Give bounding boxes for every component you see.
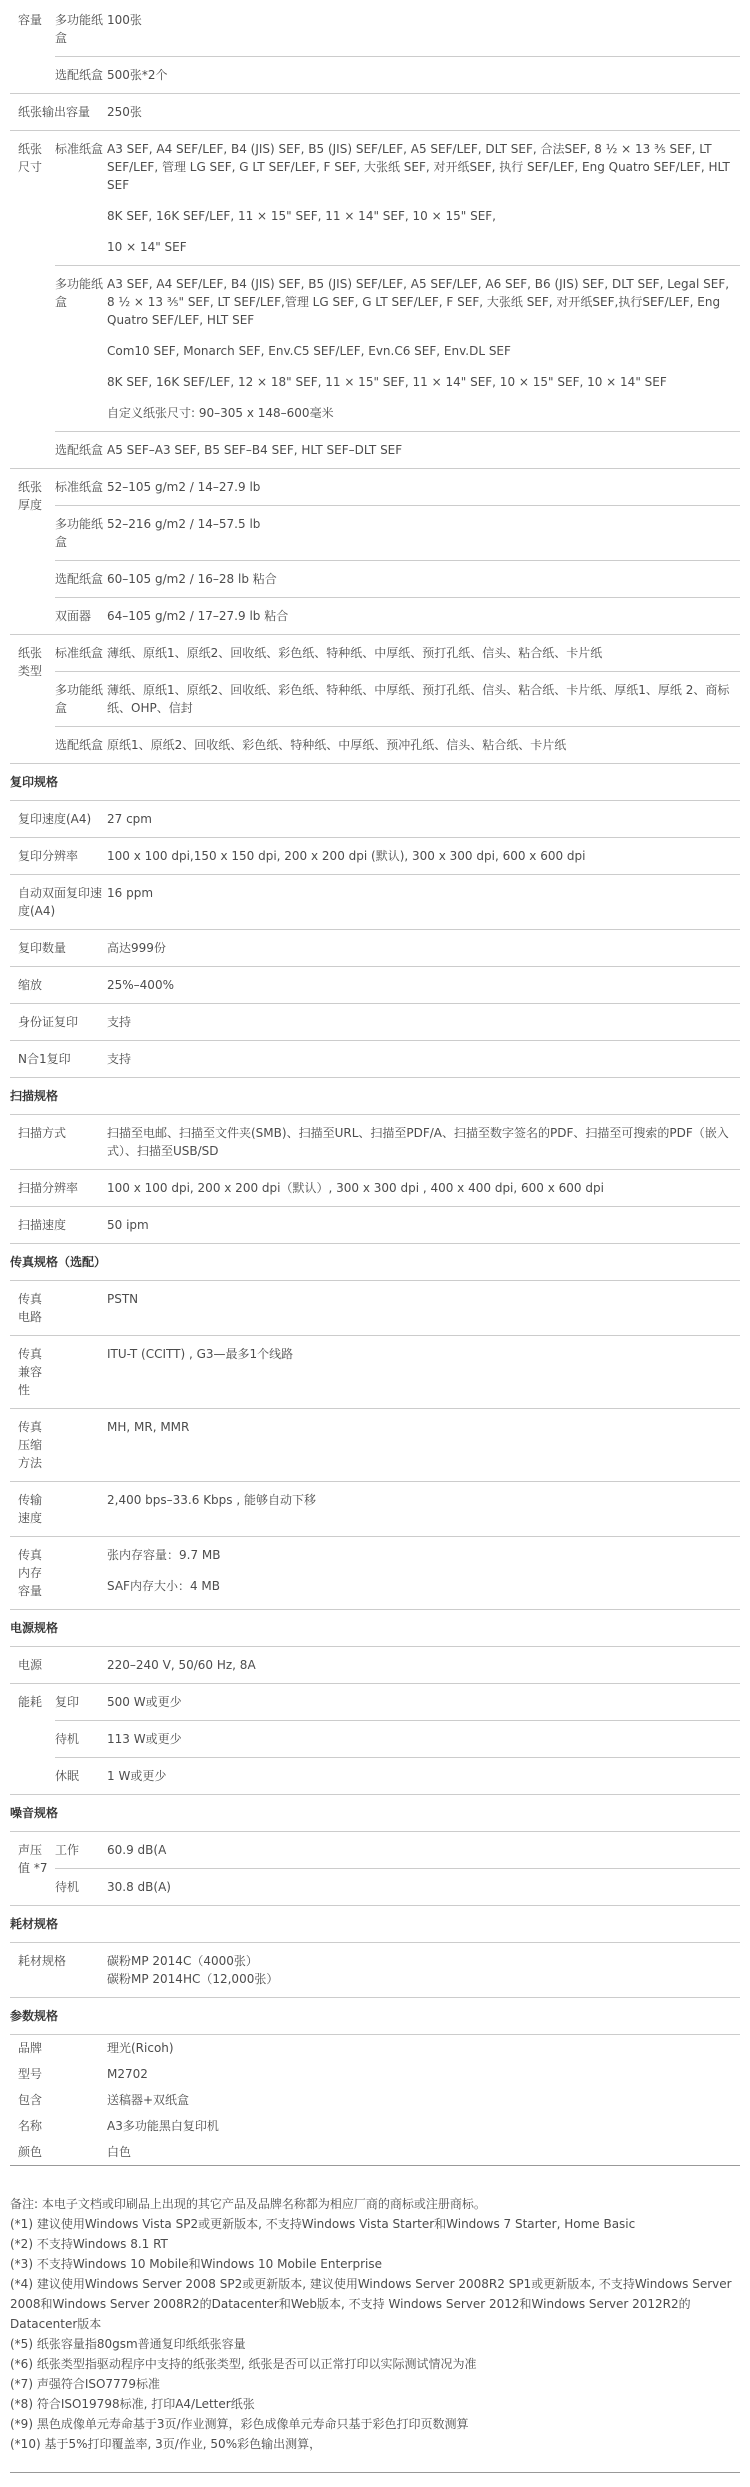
spec-subrow: 多功能纸盒52–216 g/m2 / 14–57.5 lb — [55, 506, 740, 560]
spec-subrow: 选配纸盒60–105 g/m2 / 16–28 lb 粘合 — [55, 561, 740, 597]
row-value: 52–216 g/m2 / 14–57.5 lb — [107, 515, 740, 533]
section-header: 扫描规格 — [10, 1078, 740, 1114]
group-label: 能耗 — [10, 1684, 55, 1720]
sub-label: 标准纸盒 — [55, 644, 107, 662]
value-paragraph: 原纸1、原纸2、回收纸、彩色纸、特种纸、中厚纸、预冲孔纸、信头、粘合纸、卡片纸 — [107, 736, 738, 754]
row-value: PSTN — [107, 1290, 740, 1308]
spec-row: 纸张输出容量250张 — [10, 94, 740, 130]
section-header: 参数规格 — [10, 1998, 740, 2034]
row-value: 64–105 g/m2 / 17–27.9 lb 粘合 — [107, 607, 740, 625]
group-subrows: 工作60.9 dB(A待机30.8 dB(A) — [55, 1832, 740, 1905]
row-value: 支持 — [107, 1013, 740, 1031]
bottom-divider — [10, 2472, 740, 2473]
value-paragraph: 52–105 g/m2 / 14–27.9 lb — [107, 478, 738, 496]
spec-subrow: 多功能纸盒A3 SEF, A4 SEF/LEF, B4 (JIS) SEF, B… — [55, 266, 740, 431]
spec-row: 传真兼容性ITU-T (CCITT) , G3—最多1个线路 — [10, 1336, 740, 1408]
value-paragraph: 30.8 dB(A) — [107, 1878, 738, 1896]
section-header: 噪音规格 — [10, 1795, 740, 1831]
value-paragraph: ITU-T (CCITT) , G3—最多1个线路 — [107, 1345, 738, 1363]
spec-subrow: 休眠1 W或更少 — [55, 1758, 740, 1794]
footnote-line: (*8) 符合ISO19798标准, 打印A4/Letter纸张 — [10, 2394, 740, 2414]
sub-label: 工作 — [55, 1841, 107, 1859]
row-label: 包含 — [10, 2091, 107, 2109]
row-label: 自动双面复印速度(A4) — [10, 884, 107, 920]
row-value: 52–105 g/m2 / 14–27.9 lb — [107, 478, 740, 496]
value-paragraph: SAF内存大小：4 MB — [107, 1577, 738, 1595]
row-label: 纸张输出容量 — [10, 103, 107, 121]
value-paragraph: 薄纸、原纸1、原纸2、回收纸、彩色纸、特种纸、中厚纸、预打孔纸、信头、粘合纸、卡… — [107, 681, 738, 717]
footnote-line: (*10) 基于5%打印覆盖率, 3页/作业, 50%彩色输出测算， — [10, 2434, 740, 2454]
value-paragraph: 白色 — [107, 2143, 738, 2161]
value-paragraph: 52–216 g/m2 / 14–57.5 lb — [107, 515, 738, 533]
value-paragraph: 60–105 g/m2 / 16–28 lb 粘合 — [107, 570, 738, 588]
row-label: 型号 — [10, 2065, 107, 2083]
spec-row: 包含送稿器+双纸盒 — [10, 2087, 740, 2113]
row-value: 碳粉MP 2014C（4000张）碳粉MP 2014HC（12,000张） — [107, 1952, 740, 1988]
row-label: 传输速度 — [10, 1491, 55, 1527]
row-label: 品牌 — [10, 2039, 107, 2057]
value-paragraph: 高达999份 — [107, 939, 738, 957]
spec-subrow: 多功能纸盒100张 — [55, 2, 740, 56]
spec-subrow: 待机113 W或更少 — [55, 1721, 740, 1757]
value-paragraph: A5 SEF–A3 SEF, B5 SEF–B4 SEF, HLT SEF–DL… — [107, 441, 738, 459]
row-value: 16 ppm — [107, 884, 740, 902]
sub-label: 选配纸盒 — [55, 441, 107, 459]
value-paragraph: 支持 — [107, 1013, 738, 1031]
group-label: 声压值 *7 — [10, 1832, 55, 1886]
row-value: 1 W或更少 — [107, 1767, 740, 1785]
row-label: 复印分辨率 — [10, 847, 107, 865]
row-value: 60–105 g/m2 / 16–28 lb 粘合 — [107, 570, 740, 588]
section-title: 复印规格 — [10, 773, 58, 791]
section-title: 耗材规格 — [10, 1915, 58, 1933]
value-paragraph: 100张 — [107, 11, 738, 29]
spec-row: 复印速度(A4)27 cpm — [10, 801, 740, 837]
spec-row: 名称A3多功能黑白复印机 — [10, 2113, 740, 2139]
sub-label: 标准纸盒 — [55, 140, 107, 158]
value-paragraph: 220–240 V, 50/60 Hz, 8A — [107, 1656, 738, 1674]
spec-subrow: 选配纸盒500张*2个 — [55, 57, 740, 93]
row-label: 扫描分辨率 — [10, 1179, 107, 1197]
value-paragraph: 100 x 100 dpi,150 x 150 dpi, 200 x 200 d… — [107, 847, 738, 865]
spec-row: 传真压缩方法MH, MR, MMR — [10, 1409, 740, 1481]
value-paragraph: 500张*2个 — [107, 66, 738, 84]
value-paragraph: 16 ppm — [107, 884, 738, 902]
row-value: A5 SEF–A3 SEF, B5 SEF–B4 SEF, HLT SEF–DL… — [107, 441, 740, 459]
spec-row: 复印分辨率100 x 100 dpi,150 x 150 dpi, 200 x … — [10, 838, 740, 874]
footnote-line: (*7) 声强符合ISO7779标准 — [10, 2374, 740, 2394]
value-paragraph: A3 SEF, A4 SEF/LEF, B4 (JIS) SEF, B5 (JI… — [107, 140, 738, 194]
spec-subrow: 双面器64–105 g/m2 / 17–27.9 lb 粘合 — [55, 598, 740, 634]
spec-subrow: 标准纸盒52–105 g/m2 / 14–27.9 lb — [55, 469, 740, 505]
spec-row: 型号M2702 — [10, 2061, 740, 2087]
group-subrows: 标准纸盒52–105 g/m2 / 14–27.9 lb多功能纸盒52–216 … — [55, 469, 740, 634]
sub-label: 多功能纸盒 — [55, 275, 107, 311]
spec-row: 扫描方式扫描至电邮、扫描至文件夹(SMB)、扫描至URL、扫描至PDF/A、扫描… — [10, 1115, 740, 1169]
group-label: 纸张尺寸 — [10, 131, 55, 185]
spec-row: 扫描速度50 ipm — [10, 1207, 740, 1243]
row-value: 30.8 dB(A) — [107, 1878, 740, 1896]
row-label: 复印数量 — [10, 939, 107, 957]
spec-table: 容量多功能纸盒100张选配纸盒500张*2个纸张输出容量250张纸张尺寸标准纸盒… — [10, 2, 740, 2166]
sub-label: 复印 — [55, 1693, 107, 1711]
spec-group-row: 纸张尺寸标准纸盒A3 SEF, A4 SEF/LEF, B4 (JIS) SEF… — [10, 131, 740, 468]
value-paragraph: 500 W或更少 — [107, 1693, 738, 1711]
spec-row: 复印数量高达999份 — [10, 930, 740, 966]
spec-row: 传输速度2,400 bps–33.6 Kbps , 能够自动下移 — [10, 1482, 740, 1536]
spec-group-row: 纸张厚度标准纸盒52–105 g/m2 / 14–27.9 lb多功能纸盒52–… — [10, 469, 740, 634]
group-label: 纸张厚度 — [10, 469, 55, 523]
spec-row: 颜色白色 — [10, 2139, 740, 2165]
group-label: 容量 — [10, 2, 55, 38]
row-value: 500张*2个 — [107, 66, 740, 84]
row-value: 张内存容量：9.7 MBSAF内存大小：4 MB — [107, 1546, 740, 1595]
value-paragraph: 自定义纸张尺寸: 90–305 x 148–600毫米 — [107, 404, 738, 422]
footnote-line: (*6) 纸张类型指驱动程序中支持的纸张类型, 纸张是否可以正常打印以实际测试情… — [10, 2354, 740, 2374]
row-value: 220–240 V, 50/60 Hz, 8A — [107, 1656, 740, 1674]
spec-row: 传真内存容量张内存容量：9.7 MBSAF内存大小：4 MB — [10, 1537, 740, 1609]
value-paragraph: 100 x 100 dpi, 200 x 200 dpi（默认）, 300 x … — [107, 1179, 738, 1197]
row-value: 113 W或更少 — [107, 1730, 740, 1748]
sub-label: 选配纸盒 — [55, 66, 107, 84]
section-title: 传真规格（选配） — [10, 1253, 106, 1271]
row-value: 2,400 bps–33.6 Kbps , 能够自动下移 — [107, 1491, 740, 1509]
spec-row: 品牌理光(Ricoh) — [10, 2035, 740, 2061]
spec-subrow: 复印500 W或更少 — [55, 1684, 740, 1720]
value-paragraph: 250张 — [107, 103, 738, 121]
value-paragraph: 张内存容量：9.7 MB — [107, 1546, 738, 1564]
value-paragraph: M2702 — [107, 2065, 738, 2083]
row-label: 扫描方式 — [10, 1124, 107, 1142]
row-value: MH, MR, MMR — [107, 1418, 740, 1436]
row-label: 缩放 — [10, 976, 107, 994]
row-value: 理光(Ricoh) — [107, 2039, 740, 2057]
spec-row: N合1复印支持 — [10, 1041, 740, 1077]
group-subrows: 标准纸盒薄纸、原纸1、原纸2、回收纸、彩色纸、特种纸、中厚纸、预打孔纸、信头、粘… — [55, 635, 740, 763]
spec-group-row: 容量多功能纸盒100张选配纸盒500张*2个 — [10, 2, 740, 93]
sub-label: 多功能纸盒 — [55, 11, 107, 47]
row-value: 500 W或更少 — [107, 1693, 740, 1711]
section-title: 噪音规格 — [10, 1804, 58, 1822]
group-label: 纸张类型 — [10, 635, 55, 689]
row-value: 100张 — [107, 11, 740, 29]
spec-group-row: 声压值 *7工作60.9 dB(A待机30.8 dB(A) — [10, 1832, 740, 1905]
footnote-line: 备注: 本电子文档或印刷品上出现的其它产品及品牌名称都为相应厂商的商标或注册商标… — [10, 2194, 740, 2214]
value-paragraph: 支持 — [107, 1050, 738, 1068]
row-label: 传真电路 — [10, 1290, 55, 1326]
spec-subrow: 选配纸盒原纸1、原纸2、回收纸、彩色纸、特种纸、中厚纸、预冲孔纸、信头、粘合纸、… — [55, 727, 740, 763]
row-label: 传真内存容量 — [10, 1546, 55, 1600]
row-value: 白色 — [107, 2143, 740, 2161]
value-paragraph: 113 W或更少 — [107, 1730, 738, 1748]
value-paragraph: 8K SEF, 16K SEF/LEF, 11 × 15" SEF, 11 × … — [107, 207, 738, 225]
row-value: 薄纸、原纸1、原纸2、回收纸、彩色纸、特种纸、中厚纸、预打孔纸、信头、粘合纸、卡… — [107, 644, 740, 662]
sub-label: 双面器 — [55, 607, 107, 625]
value-paragraph: 送稿器+双纸盒 — [107, 2091, 738, 2109]
spec-row: 耗材规格碳粉MP 2014C（4000张）碳粉MP 2014HC（12,000张… — [10, 1943, 740, 1997]
section-header: 传真规格（选配） — [10, 1244, 740, 1280]
value-paragraph: 扫描至电邮、扫描至文件夹(SMB)、扫描至URL、扫描至PDF/A、扫描至数字签… — [107, 1124, 738, 1160]
row-value: 250张 — [107, 103, 740, 121]
footnotes: 备注: 本电子文档或印刷品上出现的其它产品及品牌名称都为相应厂商的商标或注册商标… — [10, 2194, 740, 2454]
value-paragraph: 50 ipm — [107, 1216, 738, 1234]
row-value: ITU-T (CCITT) , G3—最多1个线路 — [107, 1345, 740, 1363]
row-value: 扫描至电邮、扫描至文件夹(SMB)、扫描至URL、扫描至PDF/A、扫描至数字签… — [107, 1124, 740, 1160]
value-paragraph: PSTN — [107, 1290, 738, 1308]
footnote-line: (*2) 不支持Windows 8.1 RT — [10, 2234, 740, 2254]
row-value: A3多功能黑白复印机 — [107, 2117, 740, 2135]
row-label: 身份证复印 — [10, 1013, 107, 1031]
spec-row: 缩放25%–400% — [10, 967, 740, 1003]
row-value: 100 x 100 dpi,150 x 150 dpi, 200 x 200 d… — [107, 847, 740, 865]
sub-label: 多功能纸盒 — [55, 681, 107, 717]
section-title: 参数规格 — [10, 2007, 58, 2025]
section-title: 电源规格 — [10, 1619, 58, 1637]
spec-row: 电源220–240 V, 50/60 Hz, 8A — [10, 1647, 740, 1683]
sub-label: 待机 — [55, 1730, 107, 1748]
sub-label: 选配纸盒 — [55, 736, 107, 754]
spec-row: 自动双面复印速度(A4)16 ppm — [10, 875, 740, 929]
section-header: 复印规格 — [10, 764, 740, 800]
row-value: 50 ipm — [107, 1216, 740, 1234]
row-label: 传真兼容性 — [10, 1345, 55, 1399]
value-paragraph: 8K SEF, 16K SEF/LEF, 12 × 18" SEF, 11 × … — [107, 373, 738, 391]
value-paragraph: 碳粉MP 2014C（4000张） — [107, 1952, 738, 1970]
value-paragraph: 64–105 g/m2 / 17–27.9 lb 粘合 — [107, 607, 738, 625]
row-value: A3 SEF, A4 SEF/LEF, B4 (JIS) SEF, B5 (JI… — [107, 140, 740, 256]
row-label: 耗材规格 — [10, 1952, 107, 1970]
row-value: 薄纸、原纸1、原纸2、回收纸、彩色纸、特种纸、中厚纸、预打孔纸、信头、粘合纸、卡… — [107, 681, 740, 717]
row-value: M2702 — [107, 2065, 740, 2083]
spec-page: 容量多功能纸盒100张选配纸盒500张*2个纸张输出容量250张纸张尺寸标准纸盒… — [0, 0, 750, 2473]
row-label: N合1复印 — [10, 1050, 107, 1068]
value-paragraph: 理光(Ricoh) — [107, 2039, 738, 2057]
row-value: 送稿器+双纸盒 — [107, 2091, 740, 2109]
sub-label: 选配纸盒 — [55, 570, 107, 588]
footnote-line: (*5) 纸张容量指80gsm普通复印纸纸张容量 — [10, 2334, 740, 2354]
row-label: 颜色 — [10, 2143, 107, 2161]
value-paragraph: 25%–400% — [107, 976, 738, 994]
value-paragraph: 60.9 dB(A — [107, 1841, 738, 1859]
sub-label: 休眠 — [55, 1767, 107, 1785]
sub-label: 标准纸盒 — [55, 478, 107, 496]
spec-row: 扫描分辨率100 x 100 dpi, 200 x 200 dpi（默认）, 3… — [10, 1170, 740, 1206]
section-header: 耗材规格 — [10, 1906, 740, 1942]
value-paragraph: MH, MR, MMR — [107, 1418, 738, 1436]
group-subrows: 标准纸盒A3 SEF, A4 SEF/LEF, B4 (JIS) SEF, B5… — [55, 131, 740, 468]
value-paragraph: 碳粉MP 2014HC（12,000张） — [107, 1970, 738, 1988]
table-end-divider — [10, 2165, 740, 2166]
row-value: 100 x 100 dpi, 200 x 200 dpi（默认）, 300 x … — [107, 1179, 740, 1197]
row-value: 25%–400% — [107, 976, 740, 994]
row-value: A3 SEF, A4 SEF/LEF, B4 (JIS) SEF, B5 (JI… — [107, 275, 740, 422]
row-value: 支持 — [107, 1050, 740, 1068]
value-paragraph: 10 × 14" SEF — [107, 238, 738, 256]
footnote-line: (*3) 不支持Windows 10 Mobile和Windows 10 Mob… — [10, 2254, 740, 2274]
spec-group-row: 纸张类型标准纸盒薄纸、原纸1、原纸2、回收纸、彩色纸、特种纸、中厚纸、预打孔纸、… — [10, 635, 740, 763]
group-subrows: 复印500 W或更少待机113 W或更少休眠1 W或更少 — [55, 1684, 740, 1794]
spec-subrow: 标准纸盒薄纸、原纸1、原纸2、回收纸、彩色纸、特种纸、中厚纸、预打孔纸、信头、粘… — [55, 635, 740, 671]
value-paragraph: 2,400 bps–33.6 Kbps , 能够自动下移 — [107, 1491, 738, 1509]
row-value: 高达999份 — [107, 939, 740, 957]
footnote-line: (*9) 黑色成像单元寿命基于3页/作业测算，彩色成像单元寿命只基于彩色打印页数… — [10, 2414, 740, 2434]
value-paragraph: A3多功能黑白复印机 — [107, 2117, 738, 2135]
value-paragraph: 1 W或更少 — [107, 1767, 738, 1785]
row-label: 电源 — [10, 1656, 107, 1674]
footnote-line: (*1) 建议使用Windows Vista SP2或更新版本, 不支持Wind… — [10, 2214, 740, 2234]
spec-subrow: 多功能纸盒薄纸、原纸1、原纸2、回收纸、彩色纸、特种纸、中厚纸、预打孔纸、信头、… — [55, 672, 740, 726]
section-title: 扫描规格 — [10, 1087, 58, 1105]
spec-group-row: 能耗复印500 W或更少待机113 W或更少休眠1 W或更少 — [10, 1684, 740, 1794]
row-value: 27 cpm — [107, 810, 740, 828]
value-paragraph: A3 SEF, A4 SEF/LEF, B4 (JIS) SEF, B5 (JI… — [107, 275, 738, 329]
row-label: 名称 — [10, 2117, 107, 2135]
group-subrows: 多功能纸盒100张选配纸盒500张*2个 — [55, 2, 740, 93]
row-label: 复印速度(A4) — [10, 810, 107, 828]
row-value: 原纸1、原纸2、回收纸、彩色纸、特种纸、中厚纸、预冲孔纸、信头、粘合纸、卡片纸 — [107, 736, 740, 754]
sub-label: 待机 — [55, 1878, 107, 1896]
spec-row: 身份证复印支持 — [10, 1004, 740, 1040]
spec-subrow: 待机30.8 dB(A) — [55, 1869, 740, 1905]
spec-subrow: 选配纸盒A5 SEF–A3 SEF, B5 SEF–B4 SEF, HLT SE… — [55, 432, 740, 468]
spec-subrow: 标准纸盒A3 SEF, A4 SEF/LEF, B4 (JIS) SEF, B5… — [55, 131, 740, 265]
row-label: 传真压缩方法 — [10, 1418, 55, 1472]
spec-row: 传真电路PSTN — [10, 1281, 740, 1335]
sub-label: 多功能纸盒 — [55, 515, 107, 551]
row-value: 60.9 dB(A — [107, 1841, 740, 1859]
value-paragraph: 27 cpm — [107, 810, 738, 828]
row-label: 扫描速度 — [10, 1216, 107, 1234]
value-paragraph: 薄纸、原纸1、原纸2、回收纸、彩色纸、特种纸、中厚纸、预打孔纸、信头、粘合纸、卡… — [107, 644, 738, 662]
footnote-line: (*4) 建议使用Windows Server 2008 SP2或更新版本, 建… — [10, 2274, 740, 2334]
spec-subrow: 工作60.9 dB(A — [55, 1832, 740, 1868]
value-paragraph: Com10 SEF, Monarch SEF, Env.C5 SEF/LEF, … — [107, 342, 738, 360]
section-header: 电源规格 — [10, 1610, 740, 1646]
